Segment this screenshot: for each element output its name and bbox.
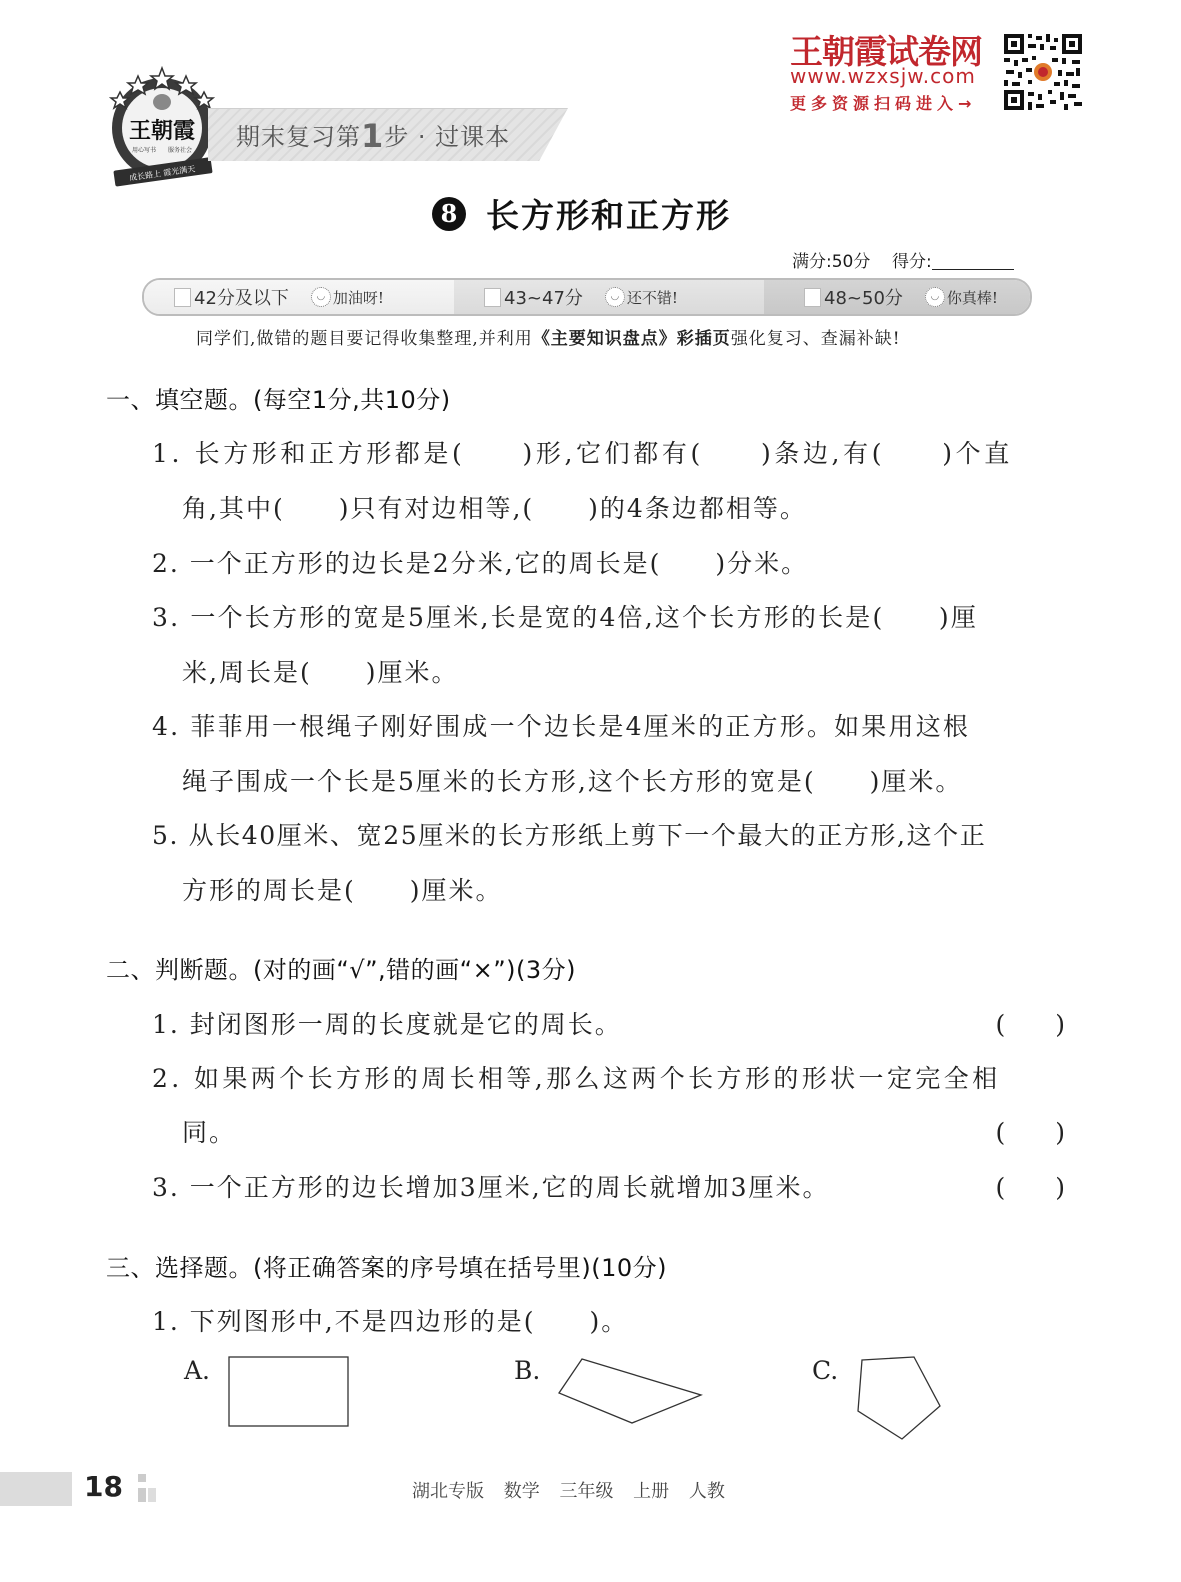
banner-prefix: 期末复习第 — [236, 123, 361, 151]
page-number: 18 — [84, 1470, 123, 1503]
brand-cta: 更多资源扫码进入→ — [790, 91, 976, 114]
score-input[interactable] — [932, 253, 1014, 270]
question-line: 角,其中( )只有对边相等,( )的4条边都相等。 — [182, 489, 807, 525]
rating-checkbox[interactable] — [484, 288, 501, 307]
quadrilateral-shape — [556, 1356, 706, 1430]
rating-range: 48~50分 — [824, 284, 903, 310]
question-line: 同。 — [182, 1113, 236, 1149]
qr-code-icon[interactable] — [1002, 32, 1084, 112]
rating-range: 42分及以下 — [194, 284, 289, 310]
question-line: 3. 一个长方形的宽是5厘米,长是宽的4倍,这个长方形的长是( )厘 — [152, 598, 978, 634]
full-score-label: 满分:50分 — [792, 252, 870, 272]
banner-suffix: 步 · 过课本 — [384, 123, 510, 151]
publisher-logo: 王朝霞 用心写书 服务社会 成长路上 霞光满天 — [106, 66, 218, 190]
question-line: 2. 一个正方形的边长是2分米,它的周长是( )分米。 — [152, 544, 808, 580]
section-heading-fill-blank: 一、填空题。(每空1分,共10分) — [106, 380, 451, 415]
rating-checkbox[interactable] — [174, 288, 191, 307]
answer-parentheses[interactable]: ( ) — [995, 1168, 1065, 1204]
question-line: 1. 下列图形中,不是四边形的是( )。 — [152, 1302, 628, 1338]
rating-range: 43~47分 — [504, 284, 583, 310]
answer-parentheses[interactable]: ( ) — [995, 1113, 1065, 1149]
score-line: 满分:50分 得分: — [792, 247, 1014, 272]
tip-text: 同学们,做错的题目要记得收集整理,并利用 — [196, 329, 533, 349]
option-a-label[interactable]: A. — [184, 1356, 210, 1385]
pentagon-shape — [854, 1356, 944, 1446]
decorative-square — [138, 1488, 146, 1502]
question-line: 1. 长方形和正方形都是( )形,它们都有( )条边,有( )个直 — [152, 434, 1013, 470]
svg-text:服务社会: 服务社会 — [168, 146, 192, 154]
rating-level-low: 42分及以下 ◡ 加油呀! — [144, 280, 474, 314]
decorative-square — [138, 1474, 146, 1482]
brand-url[interactable]: www.wzxsjw.com — [790, 64, 976, 88]
svg-text:用心写书: 用心写书 — [132, 146, 156, 154]
question-line: 3. 一个正方形的边长增加3厘米,它的周长就增加3厘米。 — [152, 1168, 830, 1204]
rating-level-high: 48~50分 ◡ 你真棒! — [764, 280, 1030, 314]
decorative-square — [148, 1488, 156, 1502]
question-line: 方形的周长是( )厘米。 — [182, 871, 503, 907]
question-line: 绳子围成一个长是5厘米的长方形,这个长方形的宽是( )厘米。 — [182, 762, 962, 798]
svg-text:王朝霞: 王朝霞 — [129, 118, 195, 144]
rating-praise: 还不错! — [627, 287, 678, 308]
step-banner-text: 期末复习第1步 · 过课本 — [236, 117, 510, 155]
answer-parentheses[interactable]: ( ) — [995, 1005, 1065, 1041]
face-icon: ◡ — [925, 287, 945, 307]
question-line: 2. 如果两个长方形的周长相等,那么这两个长方形的形状一定完全相 — [152, 1059, 1001, 1095]
question-line: 5. 从长40厘米、宽25厘米的长方形纸上剪下一个最大的正方形,这个正 — [152, 816, 986, 852]
rating-praise: 你真棒! — [947, 287, 998, 308]
option-b-label[interactable]: B. — [514, 1356, 540, 1385]
question-line: 4. 菲菲用一根绳子刚好围成一个边长是4厘米的正方形。如果用这根 — [152, 707, 970, 743]
question-line: 米,周长是( )厘米。 — [182, 653, 458, 689]
question-line: 1. 封闭图形一周的长度就是它的周长。 — [152, 1005, 622, 1041]
tip-highlight: 《主要知识盘点》彩插页 — [533, 329, 731, 349]
lesson-number-badge: 8 — [432, 197, 466, 231]
score-label: 得分: — [892, 252, 932, 272]
book-meta: 湖北专版 数学 三年级 上册 人教 — [412, 1477, 725, 1503]
tip-text: 强化复习、查漏补缺! — [731, 329, 901, 349]
face-icon: ◡ — [311, 287, 331, 307]
section-heading-true-false: 二、判断题。(对的画“√”,错的画“×”)(3分) — [106, 950, 576, 985]
face-icon: ◡ — [605, 287, 625, 307]
score-rating-bar: 42分及以下 ◡ 加油呀! 43~47分 ◡ 还不错! 48~50分 ◡ 你真棒… — [142, 278, 1032, 316]
study-tip: 同学们,做错的题目要记得收集整理,并利用《主要知识盘点》彩插页强化复习、查漏补缺… — [196, 324, 901, 349]
rectangle-shape — [228, 1356, 350, 1432]
rating-checkbox[interactable] — [804, 288, 821, 307]
banner-step-number: 1 — [361, 117, 384, 155]
lesson-title: 长方形和正方形 — [486, 190, 731, 237]
rating-level-mid: 43~47分 ◡ 还不错! — [454, 280, 784, 314]
option-c-label[interactable]: C. — [812, 1356, 838, 1385]
footer-bar — [0, 1472, 72, 1506]
section-heading-multiple-choice: 三、选择题。(将正确答案的序号填在括号里)(10分) — [106, 1248, 667, 1283]
rating-praise: 加油呀! — [333, 287, 384, 308]
